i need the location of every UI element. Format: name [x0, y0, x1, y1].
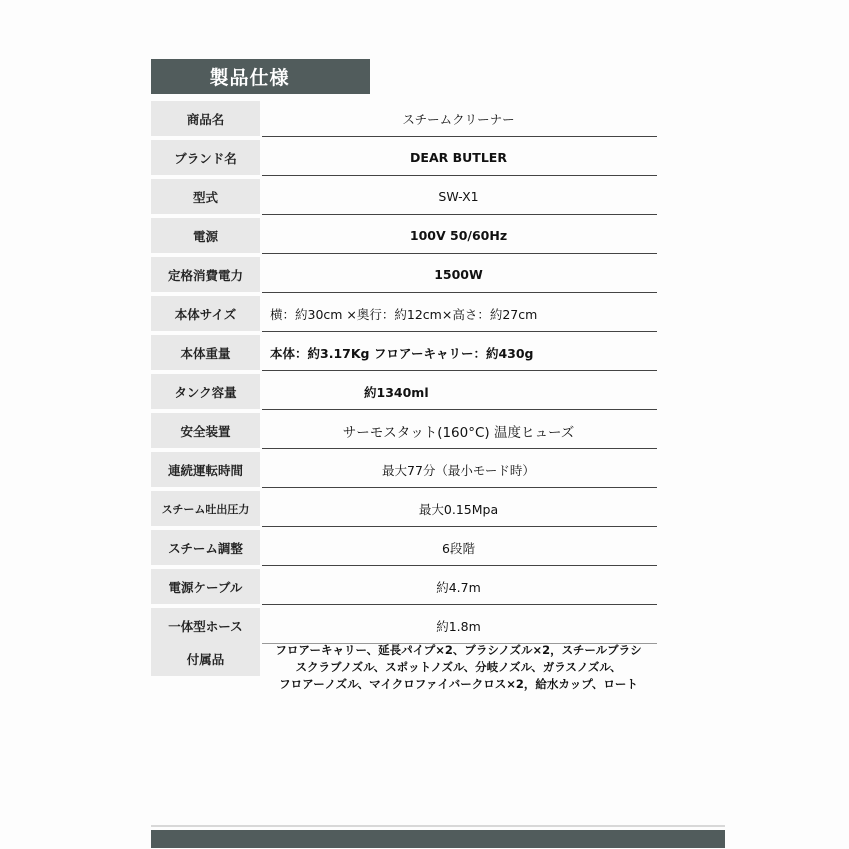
spec-value: 横：約30cm ×奥行：約12cm×高さ：約27cm [260, 296, 657, 331]
row-divider [262, 487, 657, 488]
spec-label: 定格消費電力 [151, 257, 260, 292]
spec-label: 連続運転時間 [151, 452, 260, 487]
spec-label: 本体サイズ [151, 296, 260, 331]
row-divider [262, 370, 657, 371]
row-divider [262, 253, 657, 254]
spec-value: 約4.7m [260, 569, 657, 604]
row-divider [262, 292, 657, 293]
row-divider [262, 331, 657, 332]
row-divider [262, 136, 657, 137]
row-divider [262, 526, 657, 527]
spec-value-accessories: フロアーキャリー、延長パイプ×2、ブラシノズル×2，スチールブラシ スクラブノズ… [260, 641, 657, 691]
spec-label: タンク容量 [151, 374, 260, 409]
row-divider [262, 448, 657, 449]
spec-value: 約1340ml [260, 374, 657, 409]
spec-label: 電源 [151, 218, 260, 253]
spec-value: 100V 50/60Hz [260, 218, 657, 253]
spec-label: 一体型ホース [151, 608, 260, 643]
accessories-line: スクラブノズル、スポットノズル、分岐ノズル、ガラスノズル、 [295, 659, 621, 676]
spec-label: スチーム調整 [151, 530, 260, 565]
spec-value: 約1.8m [260, 608, 657, 643]
spec-label: 商品名 [151, 101, 260, 136]
spec-label: 型式 [151, 179, 260, 214]
spec-label: 安全装置 [151, 413, 260, 448]
accessories-line: フロアーノズル、マイクロファイバークロス×2，給水カップ、ロート [279, 676, 638, 693]
row-divider [262, 175, 657, 176]
spec-value: サーモスタット(160°C) 温度ヒューズ [260, 413, 657, 448]
spec-label: 付属品 [151, 641, 260, 676]
spec-value: 本体：約3.17Kg フロアーキャリー：約430g [260, 335, 657, 370]
spec-value: 最大77分（最小モード時） [260, 452, 657, 487]
spec-value: 1500W [260, 257, 657, 292]
spec-value: SW-X1 [260, 179, 657, 214]
spec-label: 電源ケーブル [151, 569, 260, 604]
spec-value: DEAR BUTLER [260, 140, 657, 175]
row-divider [262, 409, 657, 410]
spec-value: 最大0.15Mpa [260, 491, 657, 526]
spec-value: スチームクリーナー [260, 101, 657, 136]
footer-divider [151, 825, 725, 827]
footer-bar [151, 830, 725, 848]
spec-title: 製品仕様 [151, 59, 370, 94]
row-divider [262, 604, 657, 605]
spec-label: ブランド名 [151, 140, 260, 175]
accessories-line: フロアーキャリー、延長パイプ×2、ブラシノズル×2，スチールブラシ [275, 642, 641, 659]
spec-label: 本体重量 [151, 335, 260, 370]
row-divider [262, 214, 657, 215]
row-divider [262, 565, 657, 566]
spec-label: スチーム吐出圧力 [151, 491, 260, 526]
spec-value: 6段階 [260, 530, 657, 565]
